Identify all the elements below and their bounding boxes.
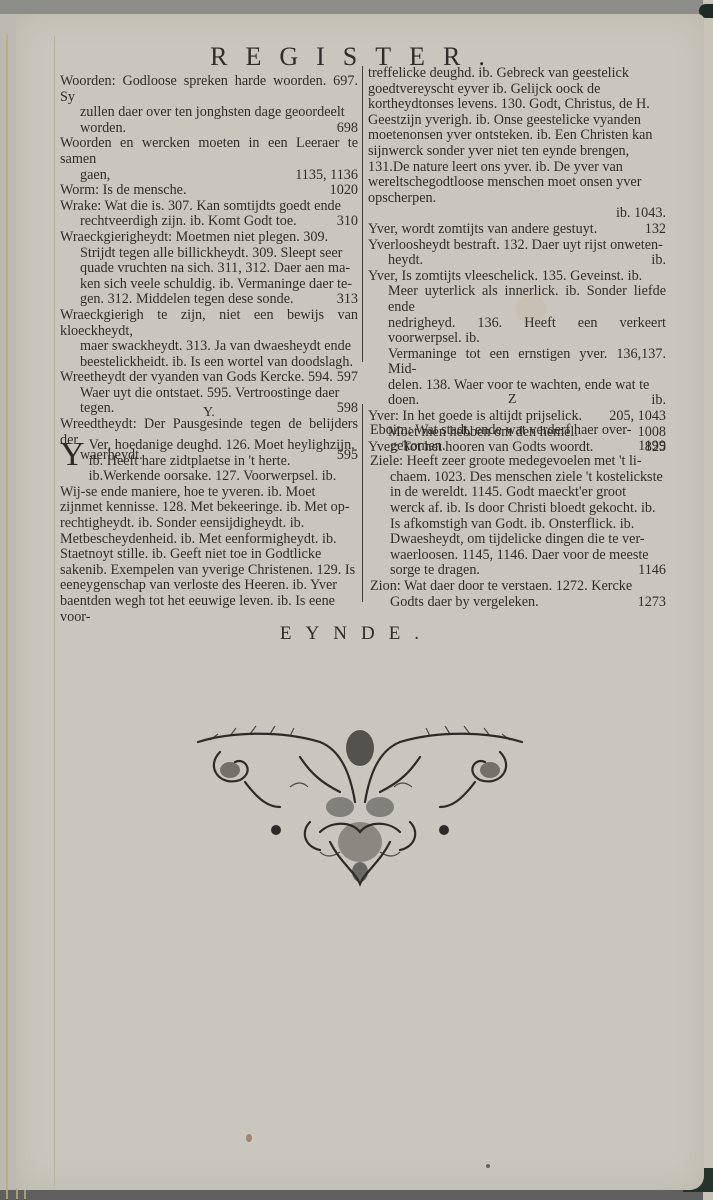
entry-line: den wegh tot het eeuwige leven. ib. Is e… (60, 593, 335, 625)
index-entry: Worm: Is de mensche.1020 (60, 183, 358, 199)
page-inner-edge (54, 36, 55, 1186)
entry-line: Wrake: Wat die is. 307. Kan somtijdts go… (60, 199, 358, 215)
index-entry: Wraeckgierigh te zijn, niet een bewijs v… (60, 308, 358, 370)
entry-line: Yverloosheydt bestraft. 132. Daer uyt ri… (368, 238, 666, 254)
page-reference: 1146 (638, 563, 666, 579)
entry-line: Ziele: Heeft zeer groote medegevoelen me… (370, 454, 666, 470)
entry-line: Is afkomstigh van Godt. ib. Onsterflick.… (370, 517, 666, 533)
entry-line: Worm: Is de mensche.1020 (60, 183, 358, 199)
entry-line: Dwaesheydt, om tijdelicke dingen die te … (370, 532, 666, 548)
entry-line: Woorden: Godloose spreken harde woorden.… (60, 74, 358, 105)
index-entry: Yver, wordt zomtijts van andere gestuyt.… (368, 222, 666, 238)
page-reference: ib. (651, 253, 666, 269)
y-entry-lines: Ver, hoedanige deughd. 126. Moet heyligh… (60, 438, 358, 625)
entry-line: Wraeckgierigheydt: Moetmen niet plegen. … (60, 230, 358, 246)
entry-line: maer swackheydt. 313. Ja van dwaesheydt … (60, 339, 358, 355)
continuation-pages: ib. 1043. (368, 206, 666, 222)
page-reference: 1199 (638, 439, 666, 455)
entry-line: Strijdt tegen alle billickheydt. 309. Sl… (60, 246, 358, 262)
entry-line: ken sich veele schuldig. ib. Vermaninge … (60, 277, 358, 293)
entry-line: Ver, hoedanige deughd. 126. Moet heyligh (89, 437, 330, 453)
foxing-spot (486, 1164, 490, 1168)
page-edge-line (6, 34, 8, 1199)
index-entry: Yver, Is zomtijts vleeschelick. 135. Gev… (368, 269, 666, 409)
column-rule-top (362, 66, 363, 362)
entry-line: met kennisse. 128. Met bekeeringe. ib. M… (81, 499, 349, 515)
book-cover-edge (703, 0, 713, 1200)
index-entry: Zion: Wat daer door te verstaen. 1272. K… (370, 579, 666, 610)
entry-line: waerloosen. 1145, 1146. Daer voor de mee… (370, 548, 666, 564)
continuation-lines: treffelicke deughd. ib. Gebreck van gees… (368, 66, 666, 206)
page-reference: 310 (337, 214, 358, 230)
column-rule-bottom (362, 404, 363, 602)
page-reference: 598 (337, 401, 358, 417)
entry-line: beestelickheidt. ib. Is een wortel van d… (60, 355, 358, 371)
page-reference: 313 (337, 292, 358, 308)
entry-line: quade vruchten na sich. 311, 312. Daer a… (60, 261, 358, 277)
index-entry: Ziele: Heeft zeer groote medegevoelen me… (370, 454, 666, 579)
z-entries: Eboim: Wat stadt, ende wat verderf haer … (370, 423, 666, 610)
entry-line: chaem. 1023. Des menschen ziele 't koste… (370, 470, 666, 486)
y-entry: Y Ver, hoedanige deughd. 126. Moet heyli… (60, 438, 358, 625)
entry-line: heydt.ib. (368, 253, 666, 269)
foxing-spot (246, 1134, 252, 1142)
entry-line: rechtveerdigh zijn. ib. Komt Godt toe.31… (60, 214, 358, 230)
entry-line: Zion: Wat daer door te verstaen. 1272. K… (370, 579, 666, 595)
page-reference: ib. (651, 393, 666, 409)
page-reference: 597 (337, 370, 358, 386)
entry-line: nedrigheyd. 136. Heeft een verkeert voor… (368, 316, 666, 347)
z-entries-list: Eboim: Wat stadt, ende wat verderf haer … (370, 423, 666, 610)
right-entries-list: Yver, wordt zomtijts van andere gestuyt.… (368, 222, 666, 456)
entry-line: Waer uyt die ontstaet. 595. Vertroosting… (60, 386, 358, 402)
index-entry: Yverloosheydt bestraft. 132. Daer uyt ri… (368, 238, 666, 269)
entry-line: zullen daer over ten jonghsten dage geoo… (60, 105, 358, 121)
entry-line: sorge te dragen.1146 (370, 563, 666, 579)
page-reference: 132 (645, 222, 666, 238)
entry-line: Meer uyterlick als innerlick. ib. Sonder… (368, 284, 666, 315)
entry-line: delen. 138. Waer voor te wachten, ende w… (368, 378, 666, 394)
index-entry: Woorden: Godloose spreken harde woorden.… (60, 74, 358, 136)
entry-line: Wreetheydt der vyanden van Gods Kercke. … (60, 370, 358, 386)
entry-line: Yver, Is zomtijts vleeschelick. 135. Gev… (368, 269, 666, 285)
entry-line: gen. 312. Middelen tegen dese sonde.313 (60, 292, 358, 308)
entry-line: worden.698 (60, 121, 358, 137)
page-reference: 698 (337, 121, 358, 137)
page-reference: 1020 (330, 183, 358, 199)
entry-line: doen.ib. (368, 393, 666, 409)
entry-line: Vermaninge tot een ernstigen yver. 136,1… (368, 347, 666, 378)
entry-line: in de wereldt. 1145. Godt maeckt'er groo… (370, 485, 666, 501)
index-entry: Woorden en wercken moeten in een Leeraer… (60, 136, 358, 183)
page-reference: 1273 (638, 595, 666, 611)
section-heading-y: Y. (203, 405, 215, 421)
entry-line: Wraeckgierigh te zijn, niet een bewijs v… (60, 308, 358, 339)
colophon-eynde: EYNDE. (0, 623, 713, 645)
entry-line: Woorden en wercken moeten in een Leeraer… (60, 136, 358, 167)
page-reference: 1135, 1136 (295, 168, 358, 184)
index-entry: Wraeckgierigheydt: Moetmen niet plegen. … (60, 230, 358, 308)
entry-line: gekomen.1199 (370, 439, 666, 455)
index-entry: Eboim: Wat stadt, ende wat verderf haer … (370, 423, 666, 454)
dropcap-y: Y (60, 440, 85, 470)
entry-line: Godts daer by vergeleken.1273 (370, 595, 666, 611)
right-column: treffelicke deughd. ib. Gebreck van gees… (368, 66, 666, 456)
index-entry: Wrake: Wat die is. 307. Kan somtijdts go… (60, 199, 358, 230)
entry-line: Eboim: Wat stadt, ende wat verderf haer … (370, 423, 666, 439)
tailpiece-ornament-icon (190, 712, 530, 888)
section-heading-z: Z (508, 392, 517, 408)
entry-line: werck af. ib. Is door Christi bloedt gek… (370, 501, 666, 517)
entry-line: Yver, wordt zomtijts van andere gestuyt.… (368, 222, 666, 238)
entry-line: gaen,1135, 1136 (60, 168, 358, 184)
